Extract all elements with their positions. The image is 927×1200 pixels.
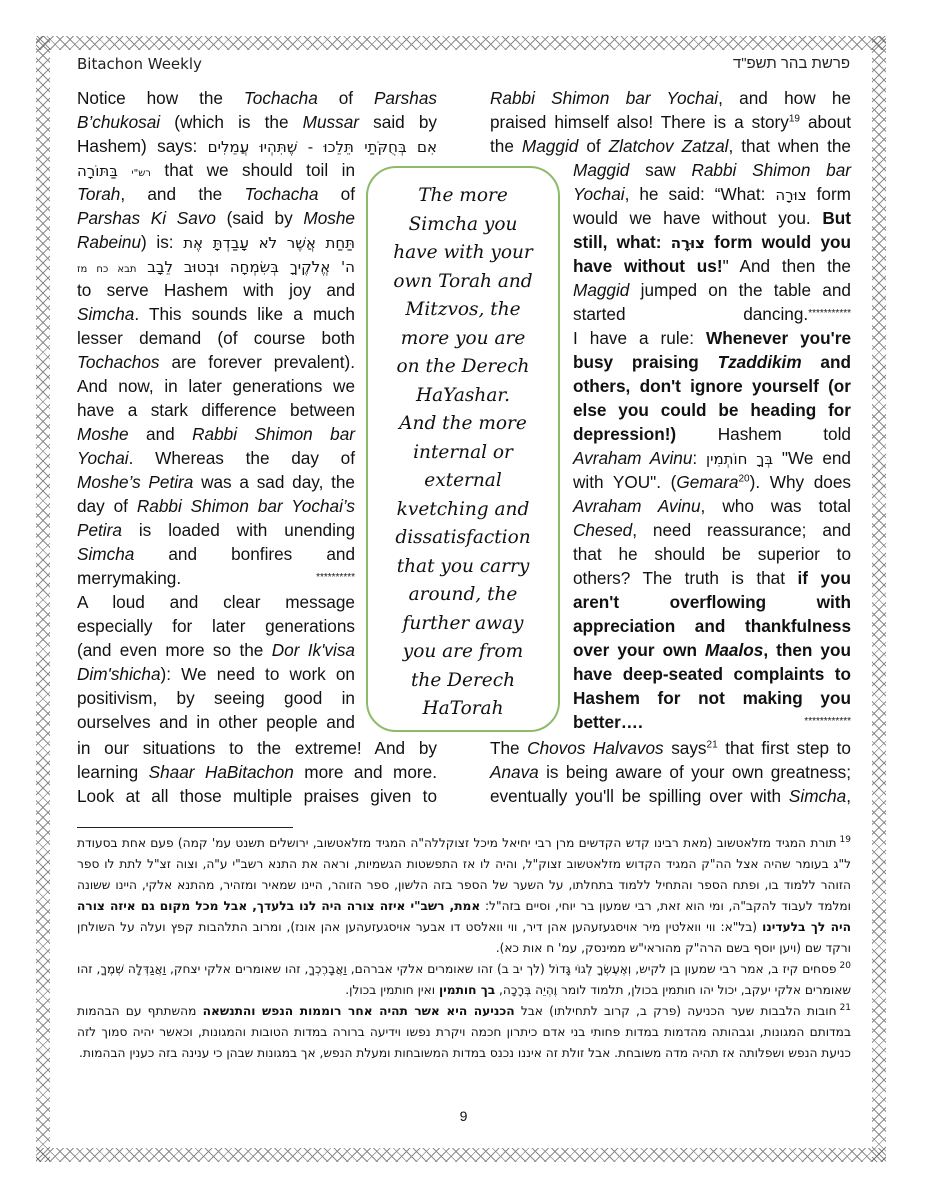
pull-quote-line: further away [368, 610, 558, 639]
pull-quote-line: more you are [368, 325, 558, 354]
right-column-narrow: Maggid saw Rabbi Shimon barYochai, he sa… [573, 158, 851, 734]
left-column-top: Notice how the Tochacha of ParshasB’chuk… [77, 86, 437, 158]
text-line: Maggid jumped on the table and [573, 278, 851, 302]
text-line: else you could be heading for [573, 398, 851, 422]
footnote-20: 20פסחים קיז ב, אמר רבי שמעון בן לקיש, וְ… [77, 959, 851, 1001]
text-line: Notice how the Tochacha of Parshas [77, 86, 437, 110]
text-line: have deep-seated complaints to [573, 662, 851, 686]
text-line: A loud and clear message [77, 590, 355, 614]
text-line: busy praising Tzaddikim and [573, 350, 851, 374]
text-line: Dim'shicha): We need to work on [77, 662, 355, 686]
footnote-number: 19 [840, 835, 851, 845]
text-line: lesser demand (of course both [77, 326, 355, 350]
text-line: Chesed, need reassurance; and [573, 518, 851, 542]
pull-quote-line: that you carry [368, 553, 558, 582]
footnote-19: 19תורת המגיד מזלאטשוב (מאת רבינו קדש הקד… [77, 833, 851, 959]
footnotes: 19תורת המגיד מזלאטשוב (מאת רבינו קדש הקד… [77, 833, 851, 1064]
text-line: (and even more so the Dor Ik'visa [77, 638, 355, 662]
text-line: Hashem for not making you [573, 686, 851, 710]
text-line: depression!) Hashem told [573, 422, 851, 446]
pull-quote-line: The more [368, 182, 558, 211]
text-line: The Chovos Halvavos says21 that first st… [490, 736, 851, 760]
header-parsha-date: פרשת בהר תשפ"ד [733, 55, 850, 72]
text-line: others, don't ignore yourself (or [573, 374, 851, 398]
text-line: ourselves and in other people and [77, 710, 355, 734]
border-bottom [36, 1148, 886, 1162]
text-line: especially for later generations [77, 614, 355, 638]
text-line: over your own Maalos, then you [573, 638, 851, 662]
footnote-separator [77, 827, 293, 828]
left-column-narrow: רש"י בַּתּוֹרָה that we should toil inTo… [77, 158, 355, 734]
footnote-number: 20 [840, 961, 851, 971]
footnote-number: 21 [840, 1003, 851, 1013]
pull-quote-line: kvetching and [368, 496, 558, 525]
pull-quote-line: HaYashar. [368, 382, 558, 411]
pull-quote-line: Simcha you [368, 211, 558, 240]
text-line: aren't overflowing with [573, 590, 851, 614]
right-column-bottom: The Chovos Halvavos says21 that first st… [490, 736, 851, 808]
pull-quote-line: And the more [368, 410, 558, 439]
header-publication-title: Bitachon Weekly [77, 55, 202, 73]
border-left [36, 36, 50, 1162]
text-line: learning Shaar HaBitachon more and more. [77, 760, 437, 784]
text-line: Simcha. This sounds like a much [77, 302, 355, 326]
text-line: Rabbi Shimon bar Yochai, and how he [490, 86, 851, 110]
pull-quote-line: have with your [368, 239, 558, 268]
page-number: 9 [0, 1108, 927, 1124]
text-line: in our situations to the extreme! And by [77, 736, 437, 760]
left-column-bottom: in our situations to the extreme! And by… [77, 736, 437, 808]
pull-quote-line: internal or [368, 439, 558, 468]
text-line: the Maggid of Zlatchov Zatzal, that when… [490, 134, 851, 158]
text-line: Rabeinu) is: תַּחַת אֲשֶׁר לֹא עָבַדְתָּ… [77, 230, 355, 254]
pull-quote-line: HaTorah [368, 695, 558, 724]
footnote-21: 21חובות הלבבות שער הכניעה (פרק ב, קרוב ל… [77, 1001, 851, 1064]
text-line: still, what: צוּרָה form would you [573, 230, 851, 254]
text-line: started dancing. *********** [573, 302, 851, 326]
pull-quote-line: you are from [368, 638, 558, 667]
text-line: Moshe’s Petira was a sad day, the [77, 470, 355, 494]
text-line: B’chukosai (which is the Mussar said by [77, 110, 437, 134]
text-line: Yochai, he said: “What: צוּרָה form [573, 182, 851, 206]
text-line: that he should be superior to [573, 542, 851, 566]
right-column-top: Rabbi Shimon bar Yochai, and how heprais… [490, 86, 851, 158]
pull-quote-box: The moreSimcha youhave with yourown Tora… [366, 166, 560, 732]
text-line: have without us!" And then the [573, 254, 851, 278]
text-line: Look at all those multiple praises given… [77, 784, 437, 808]
text-line: ה' אֱלֹקֶיךָ בְּשִׂמְחָה וּבְטוּב לֵבָב … [77, 254, 355, 278]
text-line: positivism, by seeing good in [77, 686, 355, 710]
pull-quote-line: around, the [368, 581, 558, 610]
text-line: Parshas Ki Savo (said by Moshe [77, 206, 355, 230]
text-line: eventually you'll be spilling over with … [490, 784, 851, 808]
text-line: Tochachos are forever prevalent). [77, 350, 355, 374]
pull-quote-line: the Derech [368, 667, 558, 696]
text-line: would we have without you. But [573, 206, 851, 230]
text-line: others? The truth is that if you [573, 566, 851, 590]
text-line: Petira is loaded with unending [77, 518, 355, 542]
text-line: Maggid saw Rabbi Shimon bar [573, 158, 851, 182]
text-line: Anava is being aware of your own greatne… [490, 760, 851, 784]
text-line: Yochai. Whereas the day of [77, 446, 355, 470]
pull-quote-line: external [368, 467, 558, 496]
text-line: I have a rule: Whenever you're [573, 326, 851, 350]
text-line: Torah, and the Tochacha of [77, 182, 355, 206]
text-line: Moshe and Rabbi Shimon bar [77, 422, 355, 446]
text-line: Simcha and bonfires and [77, 542, 355, 566]
border-right [872, 36, 886, 1162]
pull-quote-line: Mitzvos, the [368, 296, 558, 325]
text-line: with YOU". (Gemara20). Why does [573, 470, 851, 494]
text-line: better…. ************ [573, 710, 851, 734]
pull-quote-line: own Torah and [368, 268, 558, 297]
text-line: רש"י בַּתּוֹרָה that we should toil in [77, 158, 355, 182]
text-line: praised himself also! There is a story19… [490, 110, 851, 134]
pull-quote-line: on the Derech [368, 353, 558, 382]
text-line: have a stark difference between [77, 398, 355, 422]
text-line: day of Rabbi Shimon bar Yochai’s [77, 494, 355, 518]
text-line: And now, in later generations we [77, 374, 355, 398]
text-line: Avraham Avinu: בְּךָ חוֹתְמִין "We end [573, 446, 851, 470]
text-line: to serve Hashem with joy and [77, 278, 355, 302]
text-line: Hashem) says: אִם בְּחֻקֹּתַי תֵּלֵכוּ -… [77, 134, 437, 158]
text-line: merrymaking. ********** [77, 566, 355, 590]
text-line: appreciation and thankfulness [573, 614, 851, 638]
text-line: Avraham Avinu, who was total [573, 494, 851, 518]
border-top [36, 36, 886, 50]
pull-quote-line: dissatisfaction [368, 524, 558, 553]
